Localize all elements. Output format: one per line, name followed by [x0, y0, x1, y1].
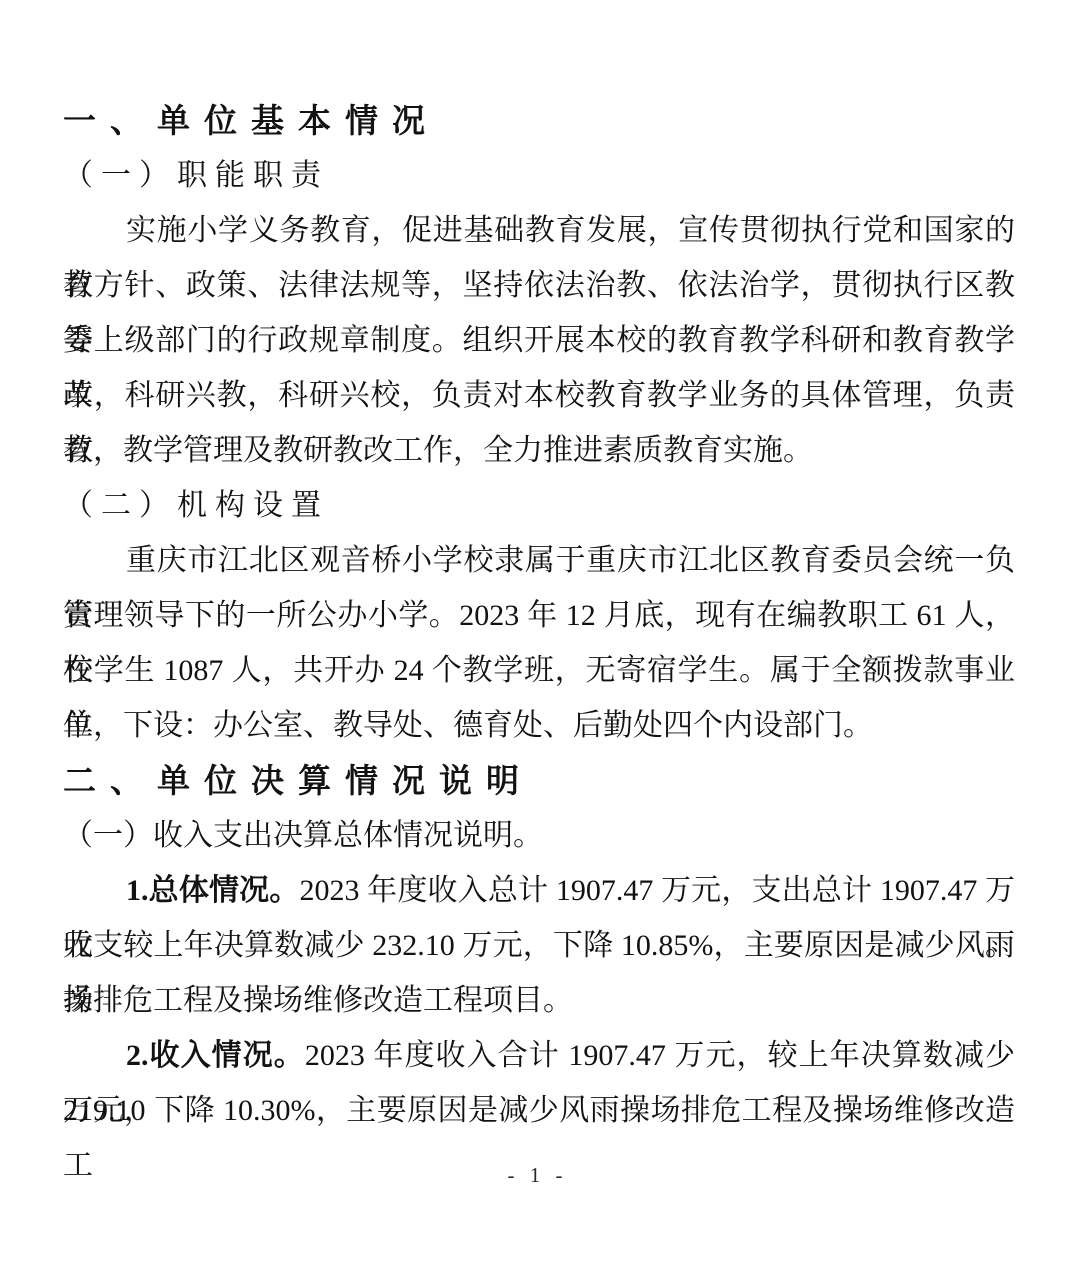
- paragraph-duties: 实施小学义务教育，促进基础教育发展，宣传贯彻执行党和国家的教 育方针、政策、法律…: [63, 203, 1015, 478]
- paragraph-lead: 2.收入情况。: [126, 1039, 305, 1072]
- text-line: 万元，下降 10.30%，主要原因是减少风雨操场排危工程及操场维修改造工: [63, 1083, 1015, 1138]
- document-content: 一、单位基本情况 （一）职能职责 实施小学义务教育，促进基础教育发展，宣传贯彻执…: [63, 93, 1015, 1138]
- text-line: 革，科研兴教，科研兴校，负责对本校教育教学业务的具体管理，负责教: [63, 368, 1015, 423]
- text-line: 收支较上年决算数减少 232.10 万元，下降 10.85%，主要原因是减少风雨…: [63, 918, 1015, 973]
- section-1-heading: 一、单位基本情况: [63, 93, 1015, 148]
- subsection-2-1-heading: （一）收入支出决算总体情况说明。: [63, 808, 1015, 863]
- text-line: 育方针、政策、法律法规等，坚持依法治教、依法治学，贯彻执行区教委: [63, 258, 1015, 313]
- text-line: 管理领导下的一所公办小学。2023 年 12 月底，现有在编教职工 61 人，在: [63, 588, 1015, 643]
- text-line: 位，下设：办公室、教导处、德育处、后勤处四个内设部门。: [63, 698, 1015, 753]
- text-line: 重庆市江北区观音桥小学校隶属于重庆市江北区教育委员会统一负责: [63, 533, 1015, 588]
- paragraph-income-situation: 2.收入情况。2023 年度收入合计 1907.47 万元，较上年决算数减少 2…: [63, 1028, 1015, 1138]
- subsection-1-2-heading: （二）机构设置: [63, 478, 1015, 533]
- text-line: 实施小学义务教育，促进基础教育发展，宣传贯彻执行党和国家的教: [63, 203, 1015, 258]
- text-line: 1.总体情况。2023 年度收入总计 1907.47 万元，支出总计 1907.…: [63, 863, 1015, 918]
- text-line: 校学生 1087 人，共开办 24 个教学班，无寄宿学生。属于全额拨款事业单: [63, 643, 1015, 698]
- paragraph-organization: 重庆市江北区观音桥小学校隶属于重庆市江北区教育委员会统一负责 管理领导下的一所公…: [63, 533, 1015, 753]
- section-2-heading: 二、单位决算情况说明: [63, 753, 1015, 808]
- paragraph-lead: 1.总体情况。: [126, 874, 300, 907]
- document-page: 一、单位基本情况 （一）职能职责 实施小学义务教育，促进基础教育发展，宣传贯彻执…: [0, 0, 1075, 1285]
- text-line: 等上级部门的行政规章制度。组织开展本校的教育教学科研和教育教学改: [63, 313, 1015, 368]
- text-line: 育，教学管理及教研教改工作，全力推进素质教育实施。: [63, 423, 1015, 478]
- paragraph-overall-situation: 1.总体情况。2023 年度收入总计 1907.47 万元，支出总计 1907.…: [63, 863, 1015, 1028]
- subsection-1-1-heading: （一）职能职责: [63, 148, 1015, 203]
- text-line: 场排危工程及操场维修改造工程项目。: [63, 973, 1015, 1028]
- text-line: 2.收入情况。2023 年度收入合计 1907.47 万元，较上年决算数减少 2…: [63, 1028, 1015, 1083]
- page-number: - 1 -: [0, 1163, 1075, 1188]
